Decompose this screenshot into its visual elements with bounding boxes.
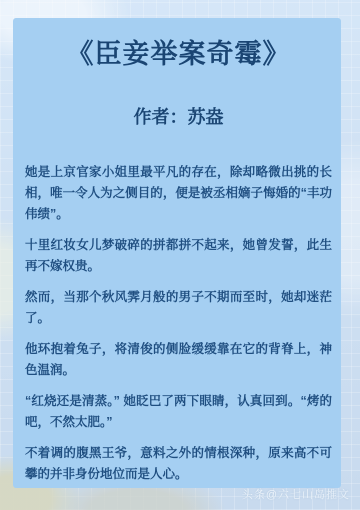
synopsis: 她是上京官家小姐里最平凡的存在，除却略微出挑的长相，唯一令人为之侧目的，便是被丞… [25, 162, 332, 485]
post-image-background: 《臣妾举案奇霉》 作者：苏盎 她是上京官家小姐里最平凡的存在，除却略微出挑的长相… [0, 0, 360, 510]
synopsis-paragraph: 十里红妆女儿梦破碎的拼都拼不起来，她曾发誓，此生再不嫁权贵。 [25, 235, 332, 277]
book-intro-card: 《臣妾举案奇霉》 作者：苏盎 她是上京官家小姐里最平凡的存在，除却略微出挑的长相… [13, 18, 341, 488]
book-title: 《臣妾举案奇霉》 [25, 38, 332, 70]
author-line: 作者：苏盎 [25, 103, 332, 129]
synopsis-paragraph: 然而，当那个秋风霁月般的男子不期而至时，她却迷茫了。 [25, 287, 332, 329]
synopsis-paragraph: 他环抱着兔子，将清俊的侧脸缓缓靠在它的背脊上，神色温润。 [25, 339, 332, 381]
synopsis-paragraph: “红烧还是清蒸。” 她眨巴了两下眼睛，认真回到。“烤的吧，不然太肥。” [25, 391, 332, 433]
watermark: 头条@六七山岛推文 [242, 486, 350, 502]
synopsis-paragraph: 她是上京官家小姐里最平凡的存在，除却略微出挑的长相，唯一令人为之侧目的，便是被丞… [25, 162, 332, 225]
synopsis-paragraph: 不着调的腹黑王爷，意料之外的情根深种，原来高不可攀的并非身份地位而是人心。 [25, 443, 332, 485]
